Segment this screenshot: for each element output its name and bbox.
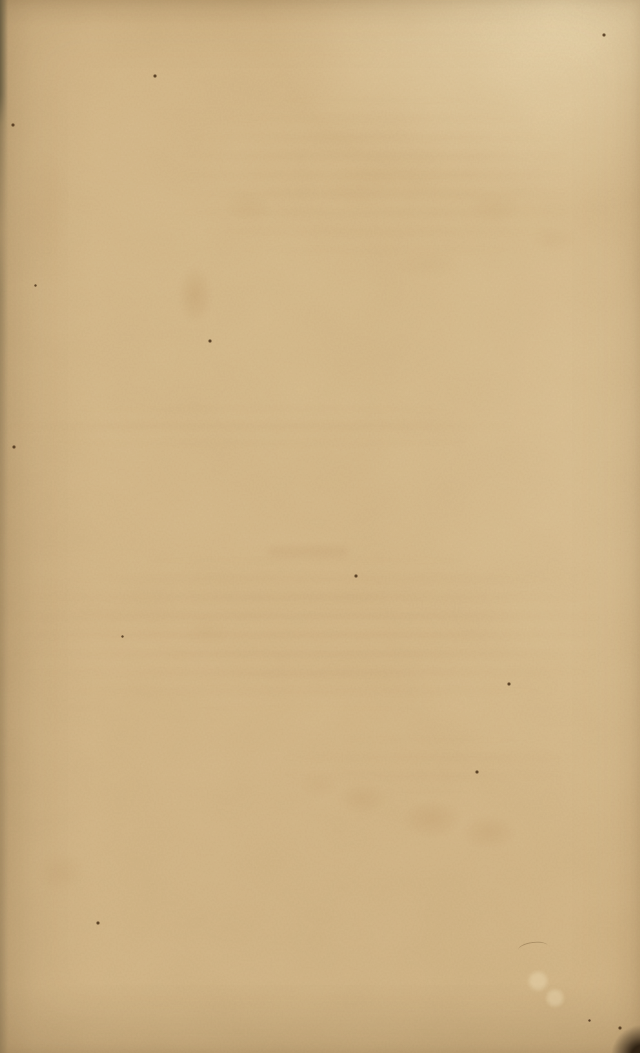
foxing-stain	[36, 852, 84, 890]
foxing-stain	[320, 165, 400, 210]
binding-edge-shadow	[0, 0, 8, 1053]
foxing-stain	[462, 815, 516, 849]
foxing-stain	[402, 800, 462, 838]
book-page-scan	[0, 0, 640, 1053]
foxing-stain	[225, 192, 271, 222]
foxing-stain	[468, 192, 520, 224]
ink-speck	[507, 682, 511, 686]
pressure-mark	[527, 970, 549, 992]
dark-corner-fold	[608, 1025, 640, 1053]
foxing-stain	[185, 615, 231, 647]
ink-speck	[34, 284, 37, 287]
foxing-stain	[178, 266, 212, 324]
ink-speck	[96, 921, 100, 925]
ink-speck	[11, 123, 15, 127]
pressure-mark	[545, 988, 565, 1008]
paper-grain-texture	[0, 0, 640, 1053]
ink-speck	[588, 1019, 591, 1022]
ink-speck	[354, 574, 358, 578]
foxing-stain	[530, 226, 576, 252]
foxing-stain	[300, 772, 338, 798]
foxing-stain	[338, 782, 386, 814]
ink-speck	[475, 770, 479, 774]
ink-speck	[208, 339, 212, 343]
ink-speck	[602, 33, 606, 37]
ink-speck	[12, 445, 16, 449]
foxing-stain	[395, 252, 459, 278]
ink-speck	[121, 635, 124, 638]
ink-speck	[153, 74, 157, 78]
foxing-stain	[20, 150, 70, 260]
